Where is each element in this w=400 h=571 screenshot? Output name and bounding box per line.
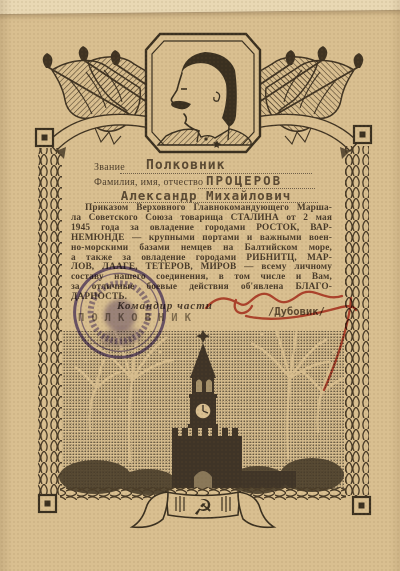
paper-fold-edge <box>0 0 400 15</box>
signature-ink <box>190 278 370 398</box>
laurel-border-left <box>38 148 62 496</box>
document-page: ☭ Звание Полковник Фамилия, имя, отчеств… <box>0 0 400 571</box>
corner-ornament-bottom-right <box>353 497 370 514</box>
header-flags-left <box>43 46 184 144</box>
corner-ornament-bottom-left <box>39 495 56 512</box>
rank-value: Полковник <box>146 158 225 173</box>
stalin-portrait <box>158 52 251 149</box>
corner-ornament-top-right <box>354 126 371 143</box>
rank-label: Звание <box>94 162 125 173</box>
corner-ornament-top-left <box>36 129 53 146</box>
name-patronymic-value: Александр Михайлович <box>94 188 318 203</box>
ribbon-swag-left <box>48 114 156 159</box>
surname-value: ПРОЦЕРОВ <box>206 173 282 188</box>
fio-label: Фамилия, имя, отчество <box>94 177 203 188</box>
stalin-portrait-frame <box>146 34 260 152</box>
hammer-sickle-icon: ☭ <box>193 496 213 521</box>
treeline-silhouette <box>59 458 344 495</box>
round-stamp <box>54 247 190 383</box>
header-flags-right <box>222 46 363 144</box>
ribbon-swag-right <box>250 114 358 159</box>
bottom-garland-band <box>60 487 346 500</box>
bottom-ribbon-banner: ☭ <box>132 492 274 527</box>
